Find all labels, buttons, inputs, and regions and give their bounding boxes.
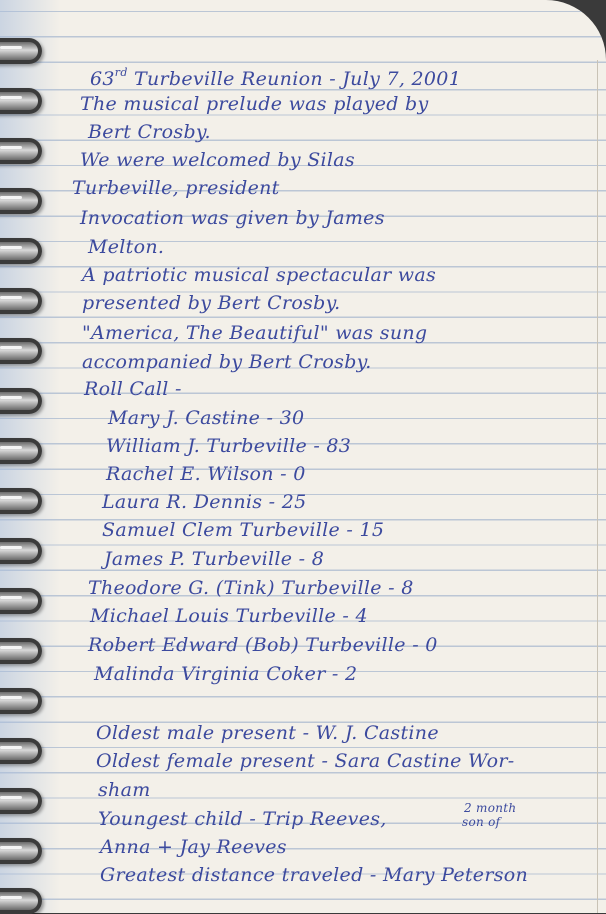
- spiral-ring: [0, 588, 42, 614]
- handwritten-text: 63rd Turbeville Reunion - July 7, 2001 T…: [0, 0, 606, 913]
- text-line: Bert Crosby.: [88, 121, 211, 143]
- award-line: Anna + Jay Reeves: [100, 836, 287, 858]
- text-line: The musical prelude was played by: [80, 93, 429, 115]
- roll-call-name: Malinda Virginia Coker: [94, 663, 326, 685]
- heading-title: Turbeville Reunion - July 7, 2001: [134, 68, 461, 90]
- roll-call-name: Robert Edward (Bob) Turbeville: [88, 634, 406, 656]
- spiral-ring: [0, 838, 42, 864]
- text-line: Turbeville, president: [72, 177, 280, 199]
- roll-call-name: Theodore G. (Tink) Turbeville: [88, 577, 382, 599]
- roll-call-entry: Samuel Clem Turbeville - 15: [102, 519, 384, 541]
- spiral-ring: [0, 488, 42, 514]
- roll-call-name: Samuel Clem Turbeville: [102, 519, 340, 541]
- spiral-ring: [0, 188, 42, 214]
- spiral-ring: [0, 438, 42, 464]
- spiral-ring: [0, 738, 42, 764]
- text-line: Melton.: [88, 236, 164, 258]
- roll-call-count: 4: [355, 605, 367, 627]
- text-line: "America, The Beautiful" was sung: [82, 322, 427, 344]
- roll-call-heading: Roll Call -: [84, 378, 182, 400]
- spiral-ring: [0, 538, 42, 564]
- roll-call-count: 2: [345, 663, 357, 685]
- roll-call-name: William J. Turbeville: [106, 435, 307, 457]
- roll-call-count: 25: [282, 491, 307, 513]
- roll-call-count: 15: [360, 519, 385, 541]
- roll-call-entry: Michael Louis Turbeville - 4: [90, 605, 368, 627]
- roll-call-entry: Mary J. Castine - 30: [108, 407, 304, 429]
- roll-call-name: Michael Louis Turbeville: [90, 605, 336, 627]
- roll-call-entry: Laura R. Dennis - 25: [102, 491, 306, 513]
- heading-ordinal-suffix: rd: [115, 66, 128, 79]
- roll-call-entry: Robert Edward (Bob) Turbeville - 0: [88, 634, 438, 656]
- spiral-ring: [0, 388, 42, 414]
- roll-call-entry: Malinda Virginia Coker - 2: [94, 663, 357, 685]
- roll-call-count: 0: [293, 463, 305, 485]
- spiral-ring: [0, 88, 42, 114]
- spiral-ring: [0, 788, 42, 814]
- award-line: Oldest male present - W. J. Castine: [96, 722, 439, 744]
- award-line: Youngest child - Trip Reeves,: [98, 808, 387, 830]
- roll-call-entry: Theodore G. (Tink) Turbeville - 8: [88, 577, 414, 599]
- roll-call-count: 30: [280, 407, 305, 429]
- text-line: accompanied by Bert Crosby.: [82, 351, 372, 373]
- heading-line: 63rd Turbeville Reunion - July 7, 2001: [90, 62, 461, 90]
- roll-call-count: 8: [312, 548, 324, 570]
- text-line: Invocation was given by James: [80, 207, 385, 229]
- roll-call-entry: Rachel E. Wilson - 0: [106, 463, 306, 485]
- spiral-ring: [0, 288, 42, 314]
- spiral-ring: [0, 888, 42, 913]
- spiral-ring: [0, 238, 42, 264]
- award-line: Oldest female present - Sara Castine Wor…: [96, 750, 514, 772]
- text-line: We were welcomed by Silas: [80, 149, 355, 171]
- roll-call-entry: William J. Turbeville - 83: [106, 435, 351, 457]
- roll-call-name: James P. Turbeville: [104, 548, 292, 570]
- spiral-ring: [0, 638, 42, 664]
- youngest-child-note-top: 2 month: [464, 802, 516, 814]
- spiral-ring: [0, 688, 42, 714]
- roll-call-name: Rachel E. Wilson: [106, 463, 274, 485]
- heading-ordinal-number: 63: [90, 68, 115, 90]
- youngest-child-note-bottom: son of: [462, 816, 500, 828]
- spiral-binding: [0, 0, 48, 913]
- roll-call-name: Mary J. Castine: [108, 407, 260, 429]
- text-line: A patriotic musical spectacular was: [82, 264, 436, 286]
- award-line: sham: [98, 779, 151, 801]
- roll-call-count: 8: [401, 577, 413, 599]
- text-line: presented by Bert Crosby.: [82, 292, 340, 314]
- award-line: Greatest distance traveled - Mary Peters…: [100, 864, 528, 886]
- roll-call-count: 0: [425, 634, 437, 656]
- roll-call-count: 83: [326, 435, 351, 457]
- spiral-ring: [0, 338, 42, 364]
- spiral-ring: [0, 38, 42, 64]
- roll-call-entry: James P. Turbeville - 8: [104, 548, 324, 570]
- roll-call-name: Laura R. Dennis: [102, 491, 262, 513]
- spiral-ring: [0, 138, 42, 164]
